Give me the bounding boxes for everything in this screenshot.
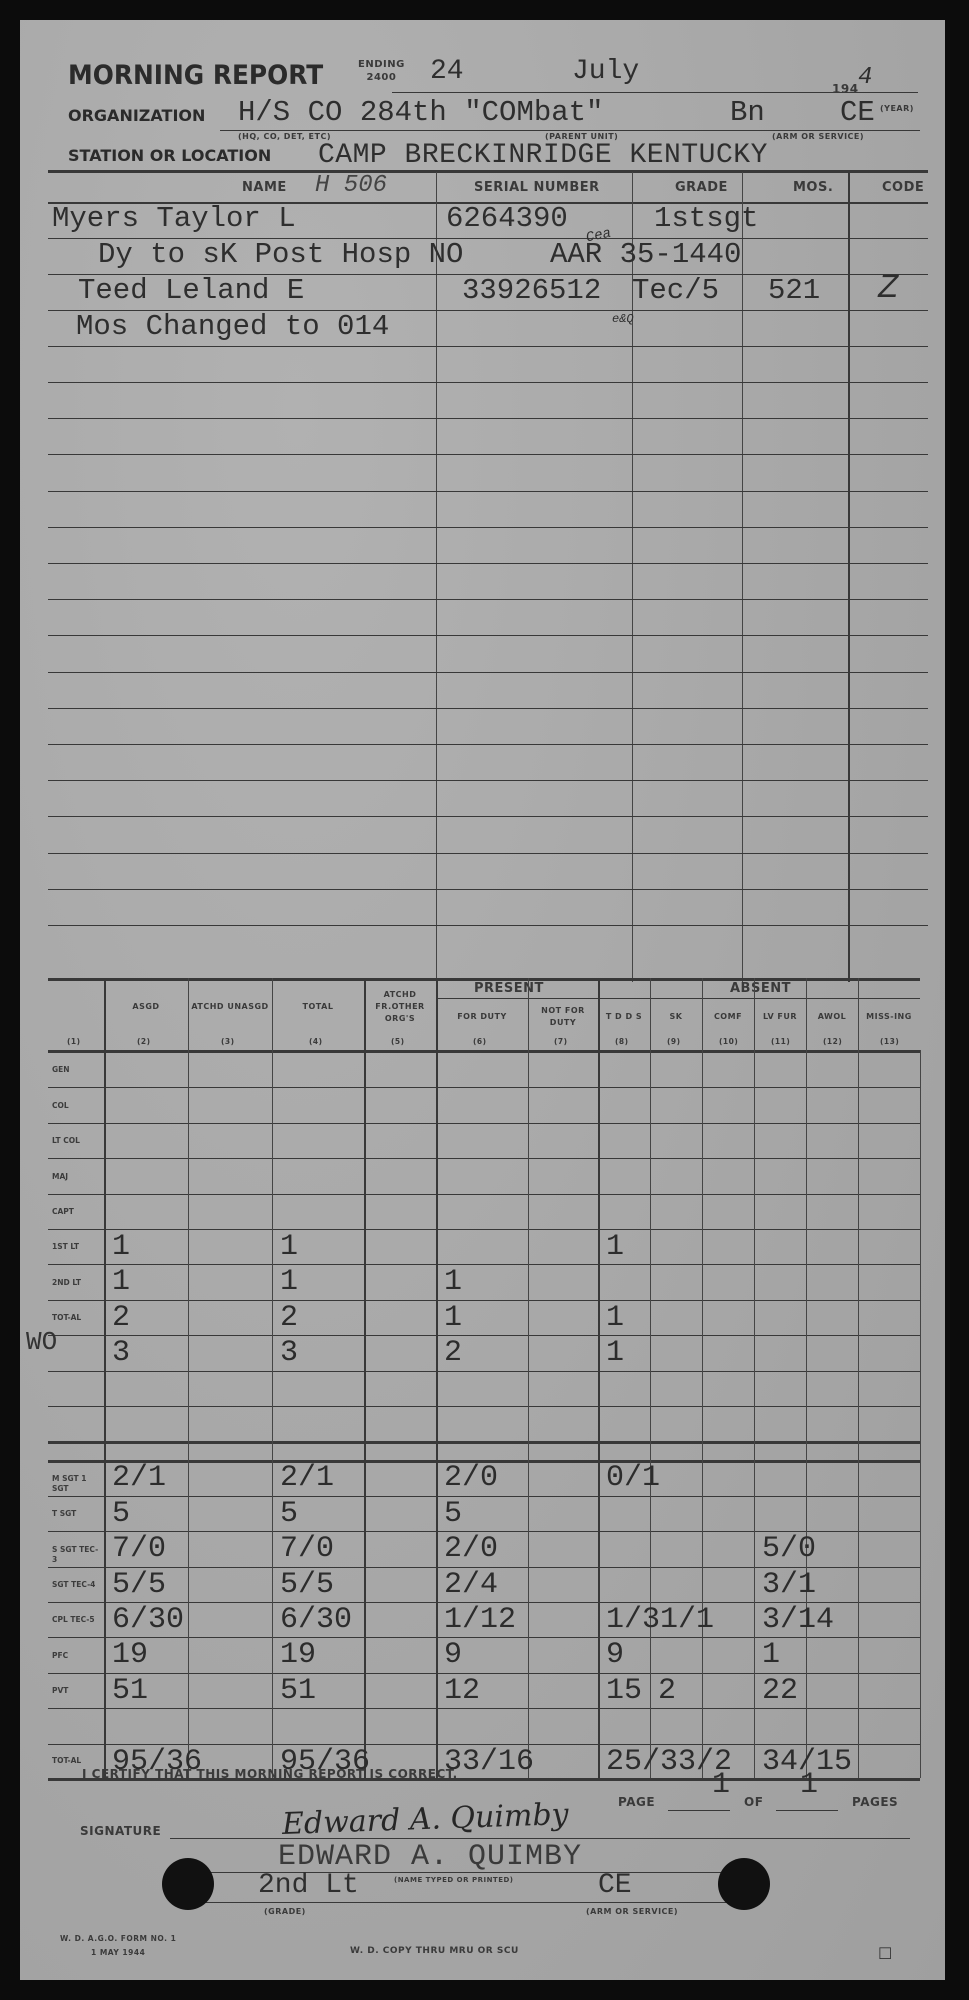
- arm-caption: (ARM OR SERVICE): [772, 132, 864, 141]
- signature-label: SIGNATURE: [80, 1824, 161, 1838]
- table-row-rule: [48, 1406, 920, 1407]
- column-divider: [598, 978, 600, 1778]
- roster-entry-code-2: Z: [878, 270, 898, 308]
- column-divider: [528, 978, 529, 1778]
- punch-hole-right: [718, 1858, 770, 1910]
- col-header: ASGD: [104, 978, 188, 1036]
- col-header: [48, 978, 104, 1036]
- table-row-rule: [48, 1229, 920, 1230]
- table-cell-value: 2/0: [444, 1461, 498, 1495]
- table-row-rule: [48, 1123, 920, 1124]
- morning-report-form: MORNING REPORT ENDING 2400 24 July 194 4…: [20, 20, 945, 1980]
- table-cell-value: 1: [444, 1301, 462, 1335]
- col-serial-number: SERIAL NUMBER: [474, 180, 600, 195]
- rank-label: COL: [52, 1101, 102, 1111]
- rank-label: M SGT 1 SGT: [52, 1474, 102, 1494]
- form-number: W. D. A.G.O. FORM NO. 1 1 MAY 1944: [60, 1932, 176, 1960]
- table-cell-value: 1: [606, 1336, 624, 1370]
- table-row-rule: [48, 1264, 920, 1265]
- arm-service-value: CE: [840, 96, 875, 129]
- table-cell-value: 15: [606, 1674, 642, 1708]
- grade-caption: (GRADE): [264, 1907, 306, 1916]
- table-row-rule: [48, 1300, 920, 1301]
- rank-label: LT COL: [52, 1136, 102, 1146]
- col-header-number: (13): [880, 1037, 899, 1046]
- col-header: SK: [650, 998, 702, 1036]
- ending-label: ENDING 2400: [358, 58, 405, 84]
- copy-note: W. D. COPY THRU MRU OR SCU: [350, 1946, 519, 1956]
- roster-divider-mos: [742, 172, 743, 982]
- pages-underline: [776, 1810, 838, 1811]
- table-cell-value: 1: [606, 1301, 624, 1335]
- col-header: TOTAL: [272, 978, 364, 1036]
- column-divider: [436, 978, 438, 1778]
- roster-rule: [48, 708, 928, 709]
- form-title: MORNING REPORT: [68, 60, 323, 91]
- table-cell-value: 1: [606, 1230, 624, 1264]
- handwritten-initials-2: e&Q: [612, 312, 634, 326]
- col-header-number: (1): [67, 1037, 81, 1046]
- table-cell-value: 3/14: [762, 1603, 834, 1637]
- typed-signer-name: EDWARD A. QUIMBY: [278, 1840, 582, 1874]
- table-cell-value: 12: [444, 1674, 480, 1708]
- roster-rule: [48, 599, 928, 600]
- roster-entry-mos-2: 521: [768, 274, 820, 307]
- col-header-label: SK: [670, 1011, 683, 1023]
- table-cell-value: 1: [112, 1265, 130, 1299]
- table-cell-value: 2/4: [444, 1568, 498, 1602]
- column-divider: [858, 978, 859, 1778]
- column-divider: [702, 978, 703, 1778]
- date-day: 24: [430, 56, 464, 87]
- table-cell-value: 5/5: [280, 1568, 334, 1602]
- page-label: PAGE: [618, 1795, 655, 1809]
- roster-rule: [48, 346, 928, 347]
- col-code: CODE: [882, 180, 924, 195]
- roster-rule: [48, 527, 928, 528]
- table-row-rule: [48, 1087, 920, 1088]
- table-cell-value: 5/0: [762, 1532, 816, 1566]
- col-header-label: MISS-ING: [866, 1011, 912, 1023]
- column-divider: [650, 978, 651, 1778]
- roster-entry-grade-1: 1stsgt: [654, 202, 758, 235]
- year-underline: [858, 92, 918, 93]
- table-cell-value: 51: [280, 1674, 316, 1708]
- rank-label: 1ST LT: [52, 1242, 102, 1252]
- table-cell-value: 5: [444, 1497, 462, 1531]
- roster-entry-name-1: Myers Taylor L: [52, 202, 296, 235]
- col-header: FOR DUTY: [436, 998, 528, 1036]
- roster-rule: [48, 635, 928, 636]
- name-annotation: H 506: [315, 172, 387, 199]
- col-header-label: ATCHD FR.OTHER ORG'S: [364, 989, 436, 1025]
- table-cell-value: 2: [280, 1301, 298, 1335]
- col-mos: MOS.: [793, 180, 833, 195]
- roster-remark-1-left: Dy to sK Post Hosp NO: [98, 238, 463, 271]
- group-absent: ABSENT: [730, 981, 791, 996]
- table-cell-value: 2/1: [112, 1461, 166, 1495]
- col-header: T D D S: [598, 998, 650, 1036]
- rank-label: PFC: [52, 1651, 102, 1661]
- table-cell-value: 1: [112, 1230, 130, 1264]
- name-caption: (NAME TYPED OR PRINTED): [394, 1876, 514, 1884]
- station-value: CAMP BRECKINRIDGE KENTUCKY: [318, 140, 768, 171]
- table-cell-value: 1/12: [444, 1603, 516, 1637]
- column-divider: [806, 978, 807, 1778]
- table-row-rule: [48, 1158, 920, 1159]
- col-header-label: COMF: [714, 1011, 742, 1023]
- col-name: NAME: [242, 180, 287, 195]
- certification-statement: I CERTIFY THAT THIS MORNING REPORT IS CO…: [82, 1767, 458, 1781]
- roster-rule: [48, 454, 928, 455]
- table-row-rule: [48, 1194, 920, 1195]
- checkbox[interactable]: ☐: [878, 1944, 892, 1964]
- col-header-label: ATCHD UNASGD: [191, 1001, 268, 1013]
- table-cell-value: 2: [112, 1301, 130, 1335]
- roster-entry-name-2: Teed Leland E: [78, 274, 304, 307]
- table-cell-value: 7/0: [280, 1532, 334, 1566]
- table-cell-value: 2: [444, 1336, 462, 1370]
- table-cell-value: 22: [762, 1674, 798, 1708]
- table-cell-value: 1: [280, 1230, 298, 1264]
- col-header: ATCHD UNASGD: [188, 978, 272, 1036]
- officer-enlisted-rule: [48, 1441, 920, 1444]
- roster-rule: [48, 925, 928, 926]
- grade-value: 2nd Lt: [258, 1870, 359, 1901]
- arm-caption-bottom: (ARM OR SERVICE): [586, 1907, 678, 1916]
- page-underline: [668, 1810, 730, 1811]
- col-header: NOT FOR DUTY: [528, 998, 598, 1036]
- table-cell-value: 6/30: [280, 1603, 352, 1637]
- roster-divider-serial: [436, 172, 437, 982]
- strength-header-rule: [48, 1050, 920, 1053]
- roster-rule: [48, 418, 928, 419]
- col-header-number: (2): [137, 1037, 151, 1046]
- column-divider: [104, 978, 106, 1778]
- table-cell-value: 3: [280, 1336, 298, 1370]
- year-digit: 4: [858, 64, 872, 91]
- col-header-number: (12): [823, 1037, 842, 1046]
- roster-rule: [48, 816, 928, 817]
- col-header-number: (7): [554, 1037, 568, 1046]
- table-cell-value: 9: [444, 1638, 462, 1672]
- table-cell-value: 1/31/1: [606, 1603, 714, 1637]
- table-cell-value: 1: [280, 1265, 298, 1299]
- grade-line: [182, 1902, 742, 1903]
- rank-label: 2ND LT: [52, 1278, 102, 1288]
- page-value: 1: [712, 1768, 730, 1802]
- handwritten-signature: Edward A. Quimby: [281, 1797, 569, 1842]
- roster-entry-grade-2: Tec/5: [632, 274, 719, 307]
- table-row-rule: [48, 1637, 920, 1638]
- roster-remark-2: Mos Changed to 014: [76, 310, 389, 343]
- table-cell-value: 6/30: [112, 1603, 184, 1637]
- pages-value: 1: [800, 1768, 818, 1802]
- table-cell-value: 2: [658, 1674, 676, 1708]
- col-header-number: (4): [309, 1037, 323, 1046]
- roster-rule: [48, 853, 928, 854]
- table-cell-value: 2/0: [444, 1532, 498, 1566]
- col-header-number: (10): [719, 1037, 738, 1046]
- col-header-number: (6): [473, 1037, 487, 1046]
- roster-divider-code: [848, 172, 850, 982]
- rank-label: SGT TEC-4: [52, 1580, 102, 1590]
- roster-top-rule: [48, 170, 928, 173]
- pages-label: PAGES: [852, 1795, 898, 1809]
- roster-rule: [48, 491, 928, 492]
- col-header: MISS-ING: [858, 998, 920, 1036]
- col-header: ATCHD FR.OTHER ORG'S: [364, 978, 436, 1036]
- table-cell-value: 5/5: [112, 1568, 166, 1602]
- roster-rule: [48, 382, 928, 383]
- table-cell-value: 7/0: [112, 1532, 166, 1566]
- signature-line: [170, 1838, 910, 1839]
- col-header: COMF: [702, 998, 754, 1036]
- column-divider: [364, 978, 366, 1778]
- table-cell-value: 1: [444, 1265, 462, 1299]
- rank-label: WO: [26, 1337, 76, 1347]
- roster-entry-serial-2: 33926512: [462, 274, 601, 307]
- roster-rule: [48, 563, 928, 564]
- col-header-label: FOR DUTY: [457, 1011, 507, 1023]
- table-row-rule: [48, 1335, 920, 1336]
- date-underline: [392, 92, 882, 93]
- col-header-number: (5): [391, 1037, 405, 1046]
- table-cell-value: 5: [112, 1497, 130, 1531]
- roster-rule: [48, 672, 928, 673]
- arm-value: CE: [598, 1870, 632, 1901]
- col-header-label: LV FUR: [763, 1011, 797, 1023]
- year-caption: (YEAR): [880, 104, 914, 113]
- of-label: OF: [744, 1795, 763, 1809]
- col-header-label: NOT FOR DUTY: [528, 1005, 598, 1029]
- parent-unit-value: Bn: [730, 96, 765, 129]
- col-header: AWOL: [806, 998, 858, 1036]
- col-header-number: (8): [615, 1037, 629, 1046]
- col-header-label: TOTAL: [303, 1001, 334, 1013]
- roster-entry-serial-1: 6264390: [446, 202, 568, 235]
- table-cell-value: 9: [606, 1638, 624, 1672]
- table-cell-value: 2/1: [280, 1461, 334, 1495]
- roster-rule: [48, 889, 928, 890]
- col-header-number: (3): [221, 1037, 235, 1046]
- table-cell-value: 51: [112, 1674, 148, 1708]
- table-cell-value: 0/1: [606, 1461, 660, 1495]
- table-row-rule: [48, 1708, 920, 1709]
- rank-label: CAPT: [52, 1207, 102, 1217]
- table-cell-value: 3/1: [762, 1568, 816, 1602]
- date-month: July: [572, 56, 639, 87]
- col-header-label: AWOL: [818, 1011, 847, 1023]
- table-cell-value: 3: [112, 1336, 130, 1370]
- rank-label: T SGT: [52, 1509, 102, 1519]
- col-header-label: ASGD: [132, 1001, 159, 1013]
- col-header-number: (9): [667, 1037, 681, 1046]
- column-divider: [754, 978, 755, 1778]
- year-prefix: 194: [832, 82, 859, 96]
- punch-hole-left: [162, 1858, 214, 1910]
- roster-rule: [48, 780, 928, 781]
- rank-label: S SGT TEC-3: [52, 1545, 102, 1565]
- roster-rule: [48, 744, 928, 745]
- column-divider: [920, 1050, 921, 1778]
- roster-remark-1-right: AAR 35-1440: [550, 238, 741, 271]
- organization-value: H/S CO 284th "COMbat": [238, 96, 603, 129]
- col-grade: GRADE: [675, 180, 728, 195]
- col-header-number: (11): [771, 1037, 790, 1046]
- rank-label: PVT: [52, 1686, 102, 1696]
- organization-label: ORGANIZATION: [68, 106, 205, 125]
- table-row-rule: [48, 1371, 920, 1372]
- table-cell-value: 19: [280, 1638, 316, 1672]
- rank-label: MAJ: [52, 1172, 102, 1182]
- column-divider: [188, 978, 189, 1778]
- rank-label: CPL TEC-5: [52, 1615, 102, 1625]
- group-present: PRESENT: [474, 981, 544, 996]
- rank-label: TOT-AL: [52, 1756, 102, 1766]
- rank-label: GEN: [52, 1065, 102, 1075]
- col-header: LV FUR: [754, 998, 806, 1036]
- table-cell-value: 1: [762, 1638, 780, 1672]
- station-label: STATION OR LOCATION: [68, 146, 271, 165]
- column-divider: [272, 978, 273, 1778]
- col-header-label: T D D S: [606, 1011, 642, 1023]
- table-cell-value: 5: [280, 1497, 298, 1531]
- table-row-rule: [48, 1496, 920, 1497]
- table-cell-value: 19: [112, 1638, 148, 1672]
- rank-label: TOT-AL: [52, 1313, 102, 1323]
- organization-underline: [220, 130, 920, 131]
